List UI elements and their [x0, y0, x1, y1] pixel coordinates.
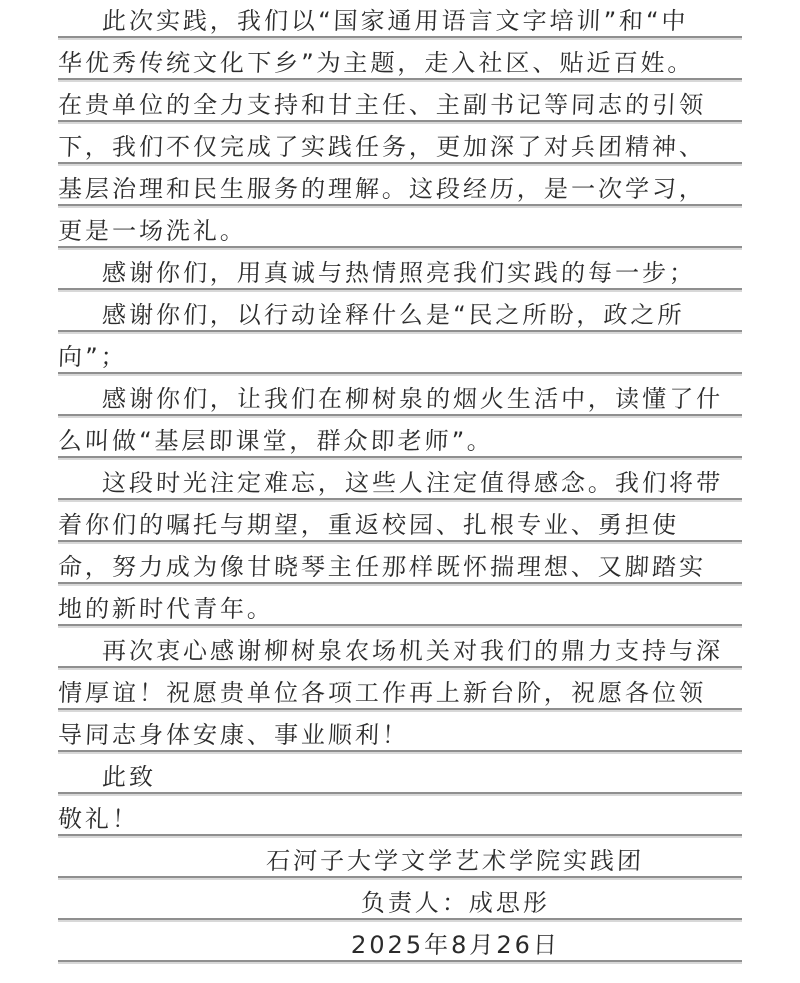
letter-line: 感谢你们，用真诚与热情照亮我们实践的每一步；: [58, 248, 742, 290]
letter-line: 敬礼！: [58, 794, 742, 836]
letter-line-text: 负责人：成思彤: [360, 891, 550, 918]
letter-line: 此致: [58, 752, 742, 794]
letter-line: 导同志身体安康、事业顺利！: [58, 710, 742, 752]
letter-line: 此次实践，我们以“国家通用语言文字培训”和“中: [58, 0, 742, 38]
letter-line: 这段时光注定难忘，这些人注定值得感念。我们将带: [58, 458, 742, 500]
letter-line-text: 2025年8月26日: [350, 933, 560, 960]
letter-line-text: 华优秀传统文化下乡”为主题，走入社区、贴近百姓。: [58, 51, 695, 78]
letter-line: 下，我们不仅完成了实践任务，更加深了对兵团精神、: [58, 122, 742, 164]
letter-line-text: 石河子大学文学艺术学院实践团: [266, 849, 645, 876]
letter-page: 此次实践，我们以“国家通用语言文字培训”和“中华优秀传统文化下乡”为主题，走入社…: [0, 0, 800, 983]
letter-line: 感谢你们，以行动诠释什么是“民之所盼，政之所: [58, 290, 742, 332]
letter-line: 华优秀传统文化下乡”为主题，走入社区、贴近百姓。: [58, 38, 742, 80]
letter-line-text: 基层治理和民生服务的理解。这段经历，是一次学习，: [58, 177, 707, 204]
letter-line: 石河子大学文学艺术学院实践团: [58, 836, 742, 878]
letter-line-text: 下，我们不仅完成了实践任务，更加深了对兵团精神、: [58, 135, 707, 162]
letter-line: 基层治理和民生服务的理解。这段经历，是一次学习，: [58, 164, 742, 206]
letter-line: 情厚谊！祝愿贵单位各项工作再上新台阶，祝愿各位领: [58, 668, 742, 710]
letter-line: 再次衷心感谢柳树泉农场机关对我们的鼎力支持与深: [58, 626, 742, 668]
letter-line-text: 感谢你们，以行动诠释什么是“民之所盼，政之所: [58, 303, 685, 330]
letter-line-text: 再次衷心感谢柳树泉农场机关对我们的鼎力支持与深: [58, 639, 724, 666]
letter-line-text: 敬礼！: [58, 807, 140, 834]
letter-line: 更是一场洗礼。: [58, 206, 742, 248]
letter-line-text: 此次实践，我们以“国家通用语言文字培训”和“中: [58, 9, 689, 36]
letter-line-text: 更是一场洗礼。: [58, 219, 248, 246]
letter-line: 着你们的嘱托与期望，重返校园、扎根专业、勇担使: [58, 500, 742, 542]
letter-line: 命，努力成为像甘晓琴主任那样既怀揣理想、又脚踏实: [58, 542, 742, 584]
letter-line: 2025年8月26日: [58, 920, 742, 962]
letter-line-text: 么叫做“基层即课堂，群众即老师”。: [58, 429, 495, 456]
letter-line-text: 这段时光注定难忘，这些人注定值得感念。我们将带: [58, 471, 724, 498]
letter-line-text: 在贵单位的全力支持和甘主任、主副书记等同志的引领: [58, 93, 707, 120]
letter-line: 地的新时代青年。: [58, 584, 742, 626]
letter-line-text: 命，努力成为像甘晓琴主任那样既怀揣理想、又脚踏实: [58, 555, 707, 582]
letter-line-text: 导同志身体安康、事业顺利！: [58, 723, 410, 750]
letter-line-text: 感谢你们，用真诚与热情照亮我们实践的每一步；: [58, 261, 697, 288]
letter-line: 感谢你们，让我们在柳树泉的烟火生活中，读懂了什: [58, 374, 742, 416]
letter-line-text: 地的新时代青年。: [58, 597, 275, 624]
letter-line-text: 着你们的嘱托与期望，重返校园、扎根专业、勇担使: [58, 513, 680, 540]
letter-line-text: 向”；: [58, 345, 128, 372]
letter-line-text: 感谢你们，让我们在柳树泉的烟火生活中，读懂了什: [58, 387, 724, 414]
letter-line-text: 情厚谊！祝愿贵单位各项工作再上新台阶，祝愿各位领: [58, 681, 707, 708]
letter-lines: 此次实践，我们以“国家通用语言文字培训”和“中华优秀传统文化下乡”为主题，走入社…: [58, 0, 742, 962]
letter-line-text: 此致: [58, 765, 157, 792]
letter-line: 么叫做“基层即课堂，群众即老师”。: [58, 416, 742, 458]
letter-line: 负责人：成思彤: [58, 878, 742, 920]
letter-line: 在贵单位的全力支持和甘主任、主副书记等同志的引领: [58, 80, 742, 122]
letter-line: 向”；: [58, 332, 742, 374]
